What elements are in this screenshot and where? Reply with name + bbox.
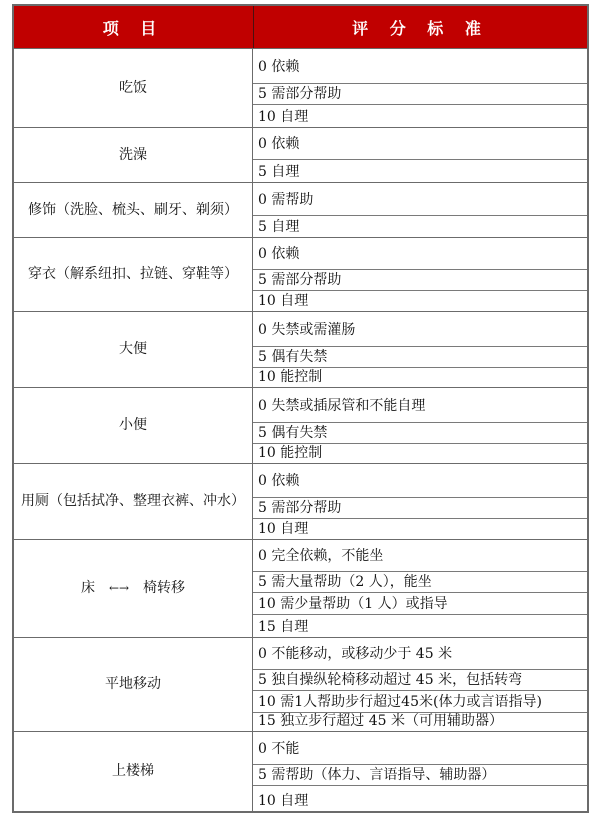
criteria-option: 5 自理 <box>253 159 587 182</box>
item-cell: 穿衣（解系纽扣、拉链、穿鞋等） <box>14 238 253 311</box>
criteria-option: 10 自理 <box>253 518 587 539</box>
adl-scoring-table: 项 目 评 分 标 准 吃饭0 依赖5 需部分帮助10 自理洗澡0 依赖5 自理… <box>12 4 589 813</box>
criteria-option: 15 独立步行超过 45 米（可用辅助器） <box>253 712 587 731</box>
criteria-option: 5 需部分帮助 <box>253 83 587 104</box>
criteria-option: 5 自理 <box>253 215 587 237</box>
criteria-option: 0 不能移动，或移动少于 45 米 <box>253 638 587 669</box>
table-row: 平地移动0 不能移动，或移动少于 45 米5 独自操纵轮椅移动超过 45 米，包… <box>14 637 587 731</box>
criteria-cell: 0 依赖5 需部分帮助10 自理 <box>253 49 587 127</box>
table-row: 床←→椅转移0 完全依赖，不能坐5 需大量帮助（2 人），能坐10 需少量帮助（… <box>14 539 587 637</box>
criteria-option: 0 依赖 <box>253 238 587 269</box>
table-row: 用厕（包括拭净、整理衣裤、冲水）0 依赖5 需部分帮助10 自理 <box>14 463 587 539</box>
item-cell: 平地移动 <box>14 638 253 731</box>
criteria-option: 10 自理 <box>253 104 587 127</box>
criteria-option: 0 完全依赖，不能坐 <box>253 540 587 571</box>
criteria-cell: 0 失禁或需灌肠5 偶有失禁10 能控制 <box>253 312 587 387</box>
item-cell: 洗澡 <box>14 128 253 182</box>
criteria-cell: 0 依赖5 自理 <box>253 128 587 182</box>
item-cell: 大便 <box>14 312 253 387</box>
header-criteria: 评 分 标 准 <box>254 6 587 48</box>
criteria-option: 5 需帮助（体力、言语指导、辅助器） <box>253 764 587 785</box>
criteria-cell: 0 依赖5 需部分帮助10 自理 <box>253 464 587 539</box>
table-row: 吃饭0 依赖5 需部分帮助10 自理 <box>14 48 587 127</box>
criteria-option: 15 自理 <box>253 614 587 637</box>
criteria-option: 5 偶有失禁 <box>253 346 587 367</box>
criteria-option: 5 独自操纵轮椅移动超过 45 米，包括转弯 <box>253 669 587 690</box>
criteria-option: 0 需帮助 <box>253 183 587 215</box>
item-cell: 吃饭 <box>14 49 253 127</box>
table-header: 项 目 评 分 标 准 <box>14 4 587 48</box>
table-row: 小便0 失禁或插尿管和不能自理5 偶有失禁10 能控制 <box>14 387 587 463</box>
table-row: 上楼梯0 不能5 需帮助（体力、言语指导、辅助器）10 自理 <box>14 731 587 811</box>
table-row: 穿衣（解系纽扣、拉链、穿鞋等）0 依赖5 需部分帮助10 自理 <box>14 237 587 311</box>
criteria-option: 10 需1人帮助步行超过45米(体力或言语指导) <box>253 690 587 712</box>
item-cell: 上楼梯 <box>14 732 253 811</box>
criteria-cell: 0 不能移动，或移动少于 45 米5 独自操纵轮椅移动超过 45 米，包括转弯1… <box>253 638 587 731</box>
criteria-option: 5 需部分帮助 <box>253 497 587 518</box>
criteria-option: 10 自理 <box>253 785 587 811</box>
criteria-cell: 0 完全依赖，不能坐5 需大量帮助（2 人），能坐10 需少量帮助（1 人）或指… <box>253 540 587 637</box>
criteria-option: 0 失禁或需灌肠 <box>253 312 587 346</box>
criteria-option: 10 能控制 <box>253 367 587 387</box>
criteria-option: 5 需大量帮助（2 人），能坐 <box>253 571 587 592</box>
item-right-text: 椅转移 <box>143 578 185 599</box>
item-cell: 用厕（包括拭净、整理衣裤、冲水） <box>14 464 253 539</box>
table-row: 洗澡0 依赖5 自理 <box>14 127 587 182</box>
table-row: 大便0 失禁或需灌肠5 偶有失禁10 能控制 <box>14 311 587 387</box>
table-body: 吃饭0 依赖5 需部分帮助10 自理洗澡0 依赖5 自理修饰（洗脸、梳头、刷牙、… <box>14 48 587 811</box>
criteria-option: 10 自理 <box>253 290 587 311</box>
criteria-option: 5 需部分帮助 <box>253 269 587 290</box>
criteria-option: 10 需少量帮助（1 人）或指导 <box>253 592 587 614</box>
criteria-option: 0 依赖 <box>253 128 587 159</box>
item-cell: 床←→椅转移 <box>14 540 253 637</box>
criteria-option: 0 不能 <box>253 732 587 764</box>
item-cell: 小便 <box>14 388 253 463</box>
double-arrow-icon: ←→ <box>109 578 129 599</box>
item-left-text: 床 <box>81 578 95 599</box>
criteria-cell: 0 失禁或插尿管和不能自理5 偶有失禁10 能控制 <box>253 388 587 463</box>
table-row: 修饰（洗脸、梳头、刷牙、剃须）0 需帮助5 自理 <box>14 182 587 237</box>
criteria-option: 0 依赖 <box>253 464 587 497</box>
criteria-option: 10 能控制 <box>253 443 587 463</box>
header-item: 项 目 <box>14 6 254 48</box>
criteria-option: 0 依赖 <box>253 49 587 83</box>
criteria-option: 0 失禁或插尿管和不能自理 <box>253 388 587 422</box>
criteria-cell: 0 不能5 需帮助（体力、言语指导、辅助器）10 自理 <box>253 732 587 811</box>
criteria-cell: 0 依赖5 需部分帮助10 自理 <box>253 238 587 311</box>
criteria-cell: 0 需帮助5 自理 <box>253 183 587 237</box>
item-cell: 修饰（洗脸、梳头、刷牙、剃须） <box>14 183 253 237</box>
criteria-option: 5 偶有失禁 <box>253 422 587 443</box>
